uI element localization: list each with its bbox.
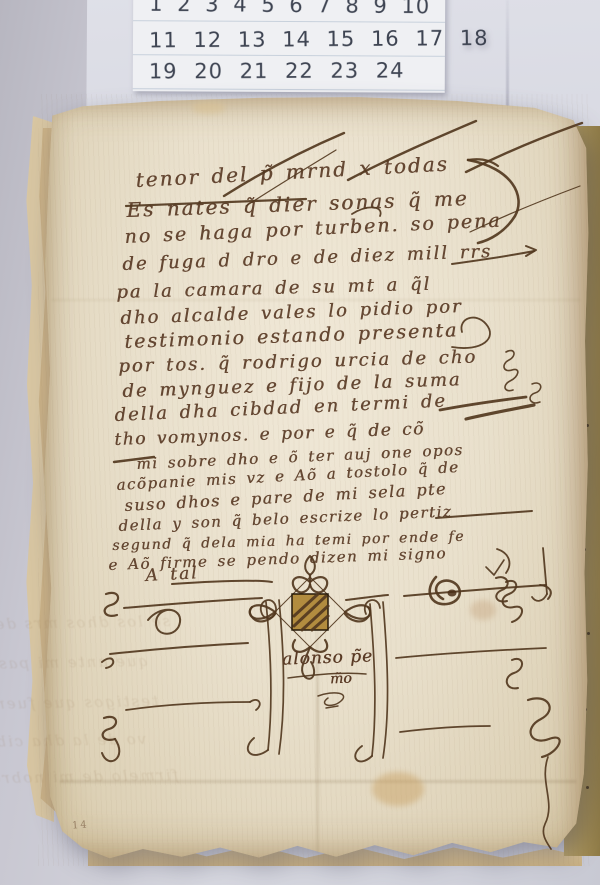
folio-mark: 14 — [72, 819, 89, 831]
manuscript-text-block: tenor del p̃ mrnd x todasEs nates q̃ die… — [0, 0, 600, 885]
manuscript-line: A tal — [145, 563, 199, 586]
notary-signature-line2: m̃o — [330, 671, 352, 688]
manuscript-line: de fuga d dro e de diez mill rrs — [122, 241, 492, 275]
manuscript-line: tenor del p̃ mrnd x todas — [135, 152, 449, 192]
photo-scene: 1 2 3 4 5 6 7 8 9 1011 12 13 14 15 16 17… — [0, 0, 600, 885]
notary-signature: alonso p̃e — [282, 646, 374, 669]
